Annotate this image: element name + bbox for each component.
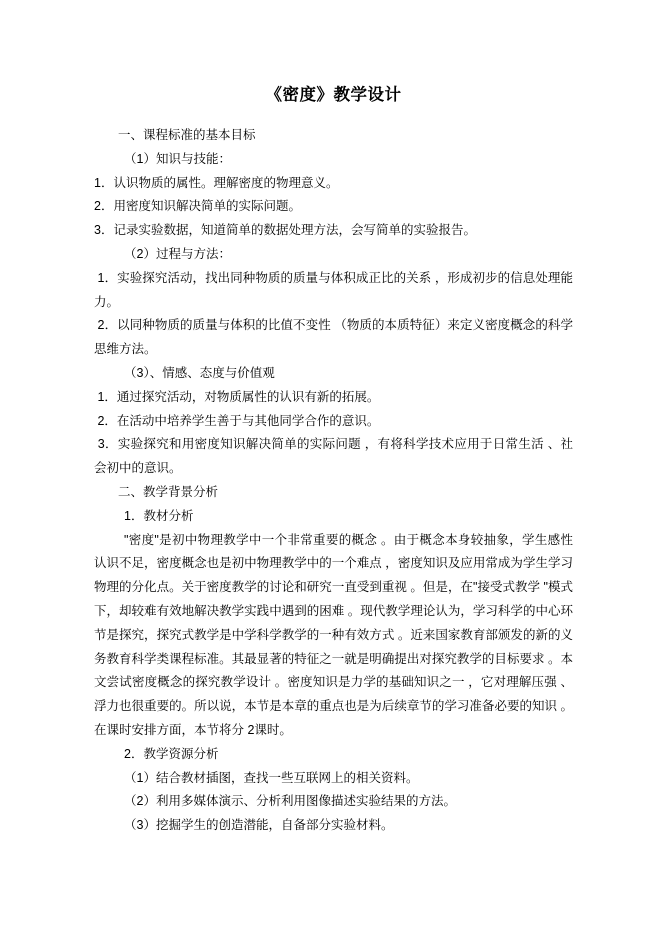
document-page: 《密度》教学设计 一、课程标准的基本目标 （1）知识与技能： 1．认识物质的属性…	[0, 0, 661, 935]
list-item: 1．认识物质的属性。理解密度的物理意义。	[94, 172, 573, 196]
list-item: 1．通过探究活动，对物质属性的认识有新的拓展。	[94, 386, 573, 410]
list-item: 1．实验探究活动，找出同种物质的质量与体积成正比的关系 ，形成初步的信息处理能力…	[94, 267, 573, 315]
list-item: 2．用密度知识解决简单的实际问题。	[94, 195, 573, 219]
list-item: 2．以同种物质的质量与体积的比值不变性 （物质的本质特征）来定义密度概念的科学思…	[94, 314, 573, 362]
body-paragraph: "密度"是初中物理教学中一个非常重要的概念 。由于概念本身较抽象，学生感性认识不…	[94, 529, 573, 743]
subsection-heading: （1）知识与技能：	[94, 148, 573, 172]
subsection-heading: 2．教学资源分析	[94, 743, 573, 767]
subsection-heading: （3）、情感、态度与价值观	[94, 362, 573, 386]
subsection-heading: （2）过程与方法：	[94, 243, 573, 267]
list-item: 2．在活动中培养学生善于与其他同学合作的意识。	[94, 410, 573, 434]
list-item: 3．记录实验数据，知道简单的数据处理方法，会写简单的实验报告。	[94, 219, 573, 243]
list-item: （1）结合教材插图，查找一些互联网上的相关资料。	[94, 767, 573, 791]
subsection-heading: 1．教材分析	[94, 505, 573, 529]
section-heading: 二、教学背景分析	[94, 481, 573, 505]
list-item: （2）利用多媒体演示、分析利用图像描述实验结果的方法。	[94, 790, 573, 814]
list-item: （3）挖掘学生的创造潜能，自备部分实验材料。	[94, 814, 573, 838]
document-title: 《密度》教学设计	[94, 84, 573, 106]
section-heading: 一、课程标准的基本目标	[94, 124, 573, 148]
list-item: 3．实验探究和用密度知识解决简单的实际问题 ，有将科学技术应用于日常生活 、社会…	[94, 433, 573, 481]
